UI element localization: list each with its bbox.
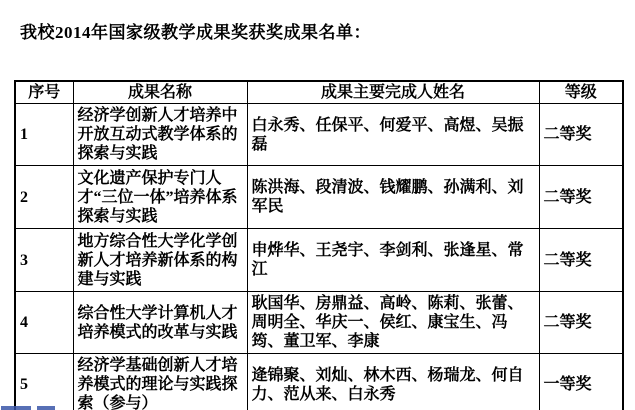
table-row: 3 地方综合性大学化学创新人才培养新体系的构建与实践 申烨华、王尧宇、李剑利、张… [15, 229, 623, 292]
page-title: 我校2014年国家级教学成果奖获奖成果名单： [20, 18, 371, 43]
cell-achievement-name: 文化遗产保护专门人才“三位一体”培养体系探索与实践 [73, 166, 247, 229]
cell-achievement-name: 地方综合性大学化学创新人才培养新体系的构建与实践 [73, 229, 247, 292]
cell-people: 逄锦聚、刘灿、林木西、杨瑞龙、何自力、范从来、白永秀 [247, 354, 539, 410]
cell-achievement-name: 综合性大学计算机人才培养模式的改革与实践 [73, 292, 247, 354]
cell-grade: 二等奖 [539, 292, 623, 354]
cell-grade: 一等奖 [539, 354, 623, 410]
table-row: 1 经济学创新人才培养中开放互动式教学体系的探索与实践 白永秀、任保平、何爱平、… [15, 104, 623, 166]
cell-no: 4 [15, 292, 73, 354]
table-row: 2 文化遗产保护专门人才“三位一体”培养体系探索与实践 陈洪海、段清波、钱耀鹏、… [15, 166, 623, 229]
watermark-fragment [1, 406, 31, 410]
document-page: 我校2014年国家级教学成果奖获奖成果名单： 序号 成果名称 成果主要完成人姓名… [0, 0, 635, 410]
cell-no: 5 [15, 354, 73, 410]
cell-grade: 二等奖 [539, 104, 623, 166]
cell-grade: 二等奖 [539, 166, 623, 229]
cell-no: 3 [15, 229, 73, 292]
cell-people: 陈洪海、段清波、钱耀鹏、孙满利、刘军民 [247, 166, 539, 229]
col-header-no: 序号 [15, 81, 73, 104]
cell-people: 申烨华、王尧宇、李剑利、张逢星、常江 [247, 229, 539, 292]
cell-achievement-name: 经济学创新人才培养中开放互动式教学体系的探索与实践 [73, 104, 247, 166]
table-row: 4 综合性大学计算机人才培养模式的改革与实践 耿国华、房鼎益、高岭、陈莉、张蕾、… [15, 292, 623, 354]
col-header-people: 成果主要完成人姓名 [247, 81, 539, 104]
watermark-fragment [37, 406, 55, 410]
cell-grade: 二等奖 [539, 229, 623, 292]
cell-people: 白永秀、任保平、何爱平、高煜、吴振磊 [247, 104, 539, 166]
cell-people: 耿国华、房鼎益、高岭、陈莉、张蕾、周明全、华庆一、侯红、康宝生、冯筠、董卫军、李… [247, 292, 539, 354]
col-header-achievement-name: 成果名称 [73, 81, 247, 104]
table-header-row: 序号 成果名称 成果主要完成人姓名 等级 [15, 81, 623, 104]
table-row: 5 经济学基础创新人才培养模式的理论与实践探索（参与） 逄锦聚、刘灿、林木西、杨… [15, 354, 623, 410]
cell-no: 2 [15, 166, 73, 229]
cell-no: 1 [15, 104, 73, 166]
col-header-grade: 等级 [539, 81, 623, 104]
watermark-fragment [1, 405, 55, 410]
awards-table: 序号 成果名称 成果主要完成人姓名 等级 1 经济学创新人才培养中开放互动式教学… [14, 80, 624, 410]
cell-achievement-name: 经济学基础创新人才培养模式的理论与实践探索（参与） [73, 354, 247, 410]
